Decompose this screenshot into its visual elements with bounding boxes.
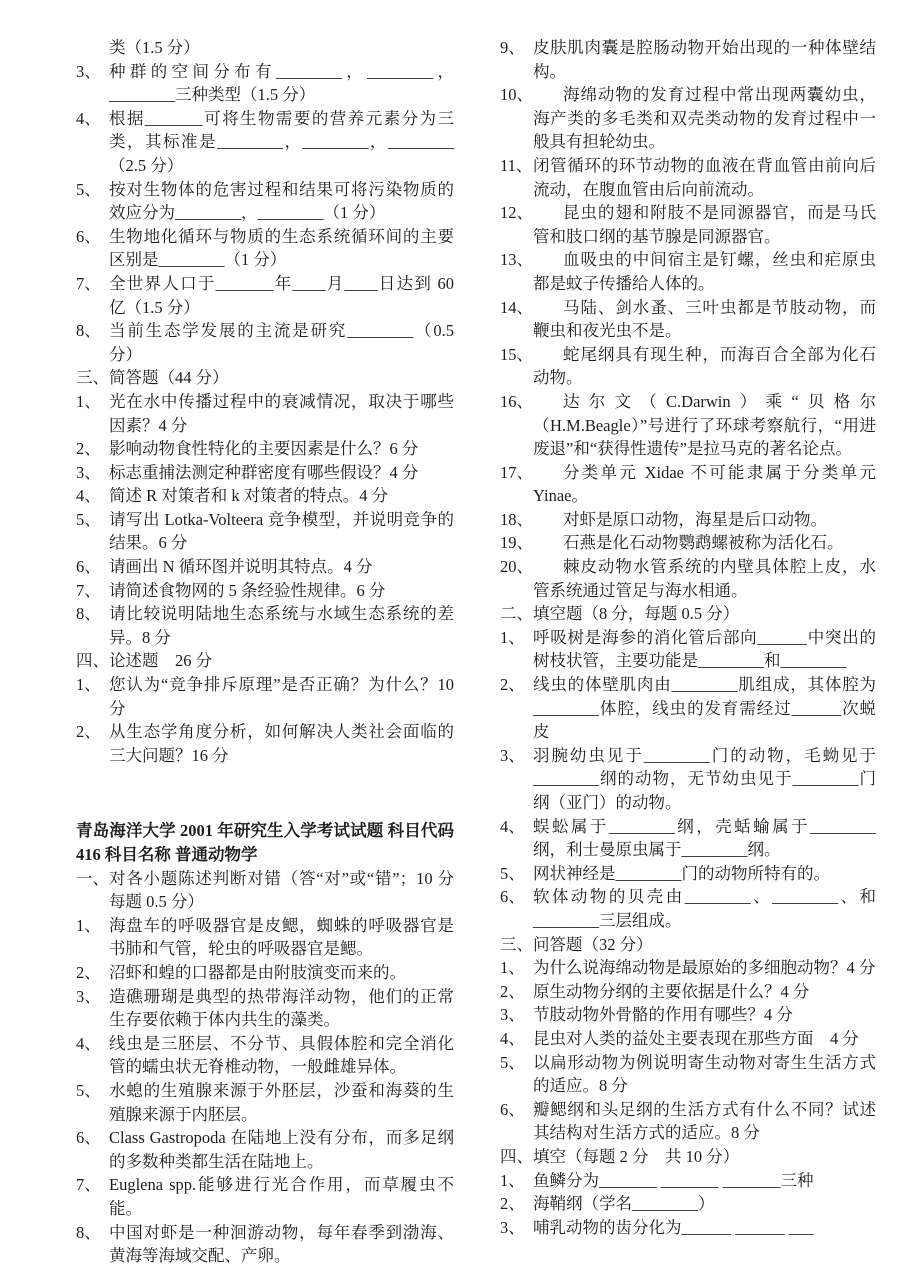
question-number: 3、 — [500, 1216, 533, 1240]
question-number: 8、 — [76, 602, 109, 626]
question-number: 6、 — [500, 885, 533, 909]
question-item: 8、当前生态学发展的主流是研究________（0.5 分） — [76, 319, 454, 366]
question-number: 6、 — [76, 1126, 109, 1150]
question-number: 19、 — [500, 531, 533, 555]
section-gap — [76, 767, 454, 819]
question-number: 2、 — [76, 961, 109, 985]
question-number: 8、 — [76, 319, 109, 343]
question-number: 1、 — [500, 956, 533, 980]
question-item: 4、简述 R 对策者和 k 对策者的特点。4 分 — [76, 484, 454, 508]
question-number: 3、 — [76, 60, 109, 84]
question-text: 对虾是原口动物，海星是后口动物。 — [533, 508, 876, 532]
question-text: 海鞘纲（学名________） — [533, 1192, 876, 1216]
question-text: 呼吸树是海参的消化管后部向______中突出的树枝状管，主要功能是_______… — [533, 626, 876, 673]
question-text: 请比较说明陆地生态系统与水域生态系统的差异。8 分 — [109, 602, 454, 649]
question-text: 论述题 26 分 — [109, 649, 454, 673]
question-text: 昆虫的翅和附肢不是同源器官，而是马氏管和肢口纲的基节腺是同源器官。 — [533, 201, 876, 248]
question-item: 18、对虾是原口动物，海星是后口动物。 — [500, 508, 876, 532]
question-item: 4、线虫是三胚层、不分节、具假体腔和完全消化管的蠕虫状无脊椎动物，一般雌雄异体。 — [76, 1032, 454, 1079]
question-text: 按对生物体的危害过程和结果可将污染物质的效应分为________，_______… — [109, 178, 454, 225]
question-item: 2、海鞘纲（学名________） — [500, 1192, 876, 1216]
question-item: 6、软体动物的贝壳由________、________、和________三层组… — [500, 885, 876, 932]
question-text: 哺乳动物的齿分化为______ ______ ___ — [533, 1216, 876, 1240]
question-item: 3、种群的空间分布有________，________，________三种类型… — [76, 60, 454, 107]
question-text: 石燕是化石动物鹦鹉螺被称为活化石。 — [533, 531, 876, 555]
question-text: 类（1.5 分） — [109, 36, 454, 60]
question-item: 16、达尔文（C.Darwin）乘“贝格尔（H.M.Beagle）”号进行了环球… — [500, 390, 876, 461]
question-number: 2、 — [76, 720, 109, 744]
question-text: 沼虾和蝗的口器都是由附肢演变而来的。 — [109, 961, 454, 985]
section-header: 三、简答题（44 分） — [76, 366, 454, 390]
question-text: 根据_______可将生物需要的营养元素分为三类，其标准是________，__… — [109, 107, 454, 178]
question-item: 3、造礁珊瑚是典型的热带海洋动物，他们的正常生存要依赖于体内共生的藻类。 — [76, 985, 454, 1032]
question-item: 12、昆虫的翅和附肢不是同源器官，而是马氏管和肢口纲的基节腺是同源器官。 — [500, 201, 876, 248]
question-item: 1、您认为“竞争排斥原理”是否正确？为什么？10 分 — [76, 673, 454, 720]
section-header: 三、问答题（32 分） — [500, 933, 876, 957]
question-text: 全世界人口于_______年____月____日达到 60 亿（1.5 分） — [109, 272, 454, 319]
question-item: 17、分类单元 Xidae 不可能隶属于分类单元 Yinae。 — [500, 461, 876, 508]
question-item: 5、网状神经是________门的动物所特有的。 — [500, 862, 876, 886]
question-text: 原生动物分纲的主要依据是什么？4 分 — [533, 980, 876, 1004]
question-text: 鱼鳞分为_______ _______ _______三种 — [533, 1169, 876, 1193]
question-number: 6、 — [500, 1098, 533, 1122]
question-number: 1、 — [76, 673, 109, 697]
question-text: 生物地化循环与物质的生态系统循环间的主要区别是________（1 分） — [109, 225, 454, 272]
question-number: 7、 — [76, 272, 109, 296]
question-number: 2、 — [500, 980, 533, 1004]
section-header: 二、填空题（8 分，每题 0.5 分） — [500, 602, 876, 626]
right-column: 9、皮肤肌肉囊是腔肠动物开始出现的一种体壁结构。10、海绵动物的发育过程中常出现… — [500, 36, 876, 1239]
question-item: 3、羽腕幼虫见于________门的动物，毛蚴见于________纲的动物，无节… — [500, 744, 876, 815]
question-text: 蜈蚣属于________纲，壳蛞蝓属于________纲，利士曼原虫属于____… — [533, 815, 876, 862]
question-item: 7、Euglena spp.能够进行光合作用，而草履虫不能。 — [76, 1173, 454, 1220]
question-item: 3、标志重捕法测定种群密度有哪些假设？4 分 — [76, 461, 454, 485]
question-number: 三、 — [500, 933, 533, 957]
question-number: 7、 — [76, 579, 109, 603]
section-header: 四、论述题 26 分 — [76, 649, 454, 673]
question-text: 网状神经是________门的动物所特有的。 — [533, 862, 876, 886]
question-number: 9、 — [500, 36, 533, 60]
question-text: 影响动物食性特化的主要因素是什么？6 分 — [109, 437, 454, 461]
question-number: 7、 — [76, 1173, 109, 1197]
question-item: 19、石燕是化石动物鹦鹉螺被称为活化石。 — [500, 531, 876, 555]
question-number: 16、 — [500, 390, 533, 414]
left-column: 类（1.5 分）3、种群的空间分布有________，________，____… — [76, 36, 454, 1268]
question-item: 2、线虫的体壁肌肉由________肌组成，其体腔为________体腔，线虫的… — [500, 673, 876, 744]
question-number: 17、 — [500, 461, 533, 485]
question-number: 4、 — [500, 1027, 533, 1051]
section-header: 一、对各小题陈述判断对错（答“对”或“错”；10 分 每题 0.5 分） — [76, 867, 454, 914]
question-text: 请简述食物网的 5 条经验性规律。6 分 — [109, 579, 454, 603]
question-item: 2、从生态学角度分析，如何解决人类社会面临的三大问题？16 分 — [76, 720, 454, 767]
question-number: 1、 — [76, 390, 109, 414]
question-text: 填空题（8 分，每题 0.5 分） — [533, 602, 876, 626]
question-number: 1、 — [76, 914, 109, 938]
question-item: 3、节肢动物外骨骼的作用有哪些？4 分 — [500, 1003, 876, 1027]
question-number: 5、 — [500, 862, 533, 886]
question-item: 4、根据_______可将生物需要的营养元素分为三类，其标准是________，… — [76, 107, 454, 178]
question-number: 8、 — [76, 1221, 109, 1245]
question-text: 瓣鳃纲和头足纲的生活方式有什么不同？试述其结构对生活方式的适应。8 分 — [533, 1098, 876, 1145]
question-number: 5、 — [76, 1079, 109, 1103]
question-text: 为什么说海绵动物是最原始的多细胞动物？4 分 — [533, 956, 876, 980]
question-number: 2、 — [76, 437, 109, 461]
question-number: 5、 — [500, 1051, 533, 1075]
question-number: 6、 — [76, 555, 109, 579]
section-header: 四、填空（每题 2 分 共 10 分） — [500, 1145, 876, 1169]
question-item: 6、Class Gastropoda 在陆地上没有分布，而多足纲的多数种类都生活… — [76, 1126, 454, 1173]
question-text: 对各小题陈述判断对错（答“对”或“错”；10 分 每题 0.5 分） — [109, 867, 454, 914]
question-text: 水螅的生殖腺来源于外胚层，沙蚕和海葵的生殖腺来源于内胚层。 — [109, 1079, 454, 1126]
question-number: 20、 — [500, 555, 533, 579]
question-text: 达尔文（C.Darwin）乘“贝格尔（H.M.Beagle）”号进行了环球考察航… — [533, 390, 876, 461]
question-text: 中国对虾是一种洄游动物，每年春季到渤海、黄海等海域交配、产卵。 — [109, 1221, 454, 1268]
question-text: 节肢动物外骨骼的作用有哪些？4 分 — [533, 1003, 876, 1027]
question-number: 一、 — [76, 867, 109, 891]
question-text: 蛇尾纲具有现生种，而海百合全部为化石动物。 — [533, 343, 876, 390]
question-text: 昆虫对人类的益处主要表现在那些方面 4 分 — [533, 1027, 876, 1051]
question-item: 13、血吸虫的中间宿主是钉螺，丝虫和疟原虫都是蚊子传播给人体的。 — [500, 248, 876, 295]
question-number: 3、 — [76, 461, 109, 485]
question-item: 1、鱼鳞分为_______ _______ _______三种 — [500, 1169, 876, 1193]
question-item: 8、请比较说明陆地生态系统与水域生态系统的差异。8 分 — [76, 602, 454, 649]
question-number: 3、 — [500, 744, 533, 768]
question-number: 15、 — [500, 343, 533, 367]
question-number: 四、 — [500, 1145, 533, 1169]
question-number: 1、 — [500, 1169, 533, 1193]
question-number: 2、 — [500, 1192, 533, 1216]
question-number: 3、 — [500, 1003, 533, 1027]
question-number: 13、 — [500, 248, 533, 272]
question-number: 18、 — [500, 508, 533, 532]
question-item: 14、马陆、剑水蚤、三叶虫都是节肢动物，而鞭虫和夜光虫不是。 — [500, 296, 876, 343]
question-item: 5、水螅的生殖腺来源于外胚层，沙蚕和海葵的生殖腺来源于内胚层。 — [76, 1079, 454, 1126]
question-text: 造礁珊瑚是典型的热带海洋动物，他们的正常生存要依赖于体内共生的藻类。 — [109, 985, 454, 1032]
question-number: 11、 — [500, 154, 533, 178]
question-text: 分类单元 Xidae 不可能隶属于分类单元 Yinae。 — [533, 461, 876, 508]
question-number: 4、 — [500, 815, 533, 839]
question-number: 3、 — [76, 985, 109, 1009]
question-item: 5、以扁形动物为例说明寄生动物对寄生生活方式的适应。8 分 — [500, 1051, 876, 1098]
question-text: 皮肤肌肉囊是腔肠动物开始出现的一种体壁结构。 — [533, 36, 876, 83]
question-number: 二、 — [500, 602, 533, 626]
question-text: 海绵动物的发育过程中常出现两囊幼虫，海产类的多毛类和双壳类动物的发育过程中一般具… — [533, 83, 876, 154]
question-number: 四、 — [76, 649, 109, 673]
question-text: 光在水中传播过程中的衰减情况，取决于哪些因素？4 分 — [109, 390, 454, 437]
question-item: 10、海绵动物的发育过程中常出现两囊幼虫，海产类的多毛类和双壳类动物的发育过程中… — [500, 83, 876, 154]
question-number: 4、 — [76, 484, 109, 508]
question-item: 2、原生动物分纲的主要依据是什么？4 分 — [500, 980, 876, 1004]
question-text: 线虫是三胚层、不分节、具假体腔和完全消化管的蠕虫状无脊椎动物，一般雌雄异体。 — [109, 1032, 454, 1079]
question-text: 羽腕幼虫见于________门的动物，毛蚴见于________纲的动物，无节幼虫… — [533, 744, 876, 815]
question-item: 1、海盘车的呼吸器官是皮鳃，蜘蛛的呼吸器官是书肺和气管，轮虫的呼吸器官是鳃。 — [76, 914, 454, 961]
question-text: 海盘车的呼吸器官是皮鳃，蜘蛛的呼吸器官是书肺和气管，轮虫的呼吸器官是鳃。 — [109, 914, 454, 961]
question-number: 2、 — [500, 673, 533, 697]
question-item: 4、昆虫对人类的益处主要表现在那些方面 4 分 — [500, 1027, 876, 1051]
question-text: 棘皮动物水管系统的内壁具体腔上皮，水管系统通过管足与海水相通。 — [533, 555, 876, 602]
question-number: 5、 — [76, 178, 109, 202]
question-number: 14、 — [500, 296, 533, 320]
question-item: 6、请画出 N 循环图并说明其特点。4 分 — [76, 555, 454, 579]
question-number: 1、 — [500, 626, 533, 650]
exam-title: 青岛海洋大学 2001 年研究生入学考试试题 科目代码 416 科目名称 普通动… — [76, 819, 454, 866]
question-item: 2、沼虾和蝗的口器都是由附肢演变而来的。 — [76, 961, 454, 985]
question-item: 1、光在水中传播过程中的衰减情况，取决于哪些因素？4 分 — [76, 390, 454, 437]
question-item: 4、蜈蚣属于________纲，壳蛞蝓属于________纲，利士曼原虫属于__… — [500, 815, 876, 862]
question-text: 从生态学角度分析，如何解决人类社会面临的三大问题？16 分 — [109, 720, 454, 767]
question-text: 马陆、剑水蚤、三叶虫都是节肢动物，而鞭虫和夜光虫不是。 — [533, 296, 876, 343]
question-text: Euglena spp.能够进行光合作用，而草履虫不能。 — [109, 1173, 454, 1220]
question-item: 5、按对生物体的危害过程和结果可将污染物质的效应分为________，_____… — [76, 178, 454, 225]
question-text: 问答题（32 分） — [533, 933, 876, 957]
question-item: 6、瓣鳃纲和头足纲的生活方式有什么不同？试述其结构对生活方式的适应。8 分 — [500, 1098, 876, 1145]
question-item: 15、蛇尾纲具有现生种，而海百合全部为化石动物。 — [500, 343, 876, 390]
question-text: 标志重捕法测定种群密度有哪些假设？4 分 — [109, 461, 454, 485]
question-text: 以扁形动物为例说明寄生动物对寄生生活方式的适应。8 分 — [533, 1051, 876, 1098]
question-number: 4、 — [76, 107, 109, 131]
question-text: 简述 R 对策者和 k 对策者的特点。4 分 — [109, 484, 454, 508]
question-item: 9、皮肤肌肉囊是腔肠动物开始出现的一种体壁结构。 — [500, 36, 876, 83]
question-item: 20、棘皮动物水管系统的内壁具体腔上皮，水管系统通过管足与海水相通。 — [500, 555, 876, 602]
question-text: 线虫的体壁肌肉由________肌组成，其体腔为________体腔，线虫的发育… — [533, 673, 876, 744]
continuation-line: 类（1.5 分） — [76, 36, 454, 60]
exam-paper-page: 类（1.5 分）3、种群的空间分布有________，________，____… — [0, 0, 910, 1287]
question-text: Class Gastropoda 在陆地上没有分布，而多足纲的多数种类都生活在陆… — [109, 1126, 454, 1173]
question-number: 6、 — [76, 225, 109, 249]
question-text: 请画出 N 循环图并说明其特点。4 分 — [109, 555, 454, 579]
question-item: 6、生物地化循环与物质的生态系统循环间的主要区别是________（1 分） — [76, 225, 454, 272]
question-text: 当前生态学发展的主流是研究________（0.5 分） — [109, 319, 454, 366]
question-item: 5、请写出 Lotka-Volteera 竞争模型，并说明竞争的结果。6 分 — [76, 508, 454, 555]
question-text: 软体动物的贝壳由________、________、和________三层组成。 — [533, 885, 876, 932]
question-number: 5、 — [76, 508, 109, 532]
question-item: 1、呼吸树是海参的消化管后部向______中突出的树枝状管，主要功能是_____… — [500, 626, 876, 673]
question-number: 三、 — [76, 366, 109, 390]
question-item: 3、哺乳动物的齿分化为______ ______ ___ — [500, 1216, 876, 1240]
question-text: 血吸虫的中间宿主是钉螺，丝虫和疟原虫都是蚊子传播给人体的。 — [533, 248, 876, 295]
question-number: 12、 — [500, 201, 533, 225]
question-item: 8、中国对虾是一种洄游动物，每年春季到渤海、黄海等海域交配、产卵。 — [76, 1221, 454, 1268]
question-item: 7、请简述食物网的 5 条经验性规律。6 分 — [76, 579, 454, 603]
question-text: 简答题（44 分） — [109, 366, 454, 390]
question-item: 2、影响动物食性特化的主要因素是什么？6 分 — [76, 437, 454, 461]
question-number: 4、 — [76, 1032, 109, 1056]
question-number: 10、 — [500, 83, 533, 107]
question-text: 闭管循环的环节动物的血液在背血管由前向后流动，在腹血管由后向前流动。 — [533, 154, 876, 201]
question-text: 请写出 Lotka-Volteera 竞争模型，并说明竞争的结果。6 分 — [109, 508, 454, 555]
question-item: 1、为什么说海绵动物是最原始的多细胞动物？4 分 — [500, 956, 876, 980]
question-text: 您认为“竞争排斥原理”是否正确？为什么？10 分 — [109, 673, 454, 720]
question-item: 7、全世界人口于_______年____月____日达到 60 亿（1.5 分） — [76, 272, 454, 319]
question-item: 11、闭管循环的环节动物的血液在背血管由前向后流动，在腹血管由后向前流动。 — [500, 154, 876, 201]
question-text: 种群的空间分布有________，________，________三种类型（1… — [109, 60, 454, 107]
question-text: 填空（每题 2 分 共 10 分） — [533, 1145, 876, 1169]
